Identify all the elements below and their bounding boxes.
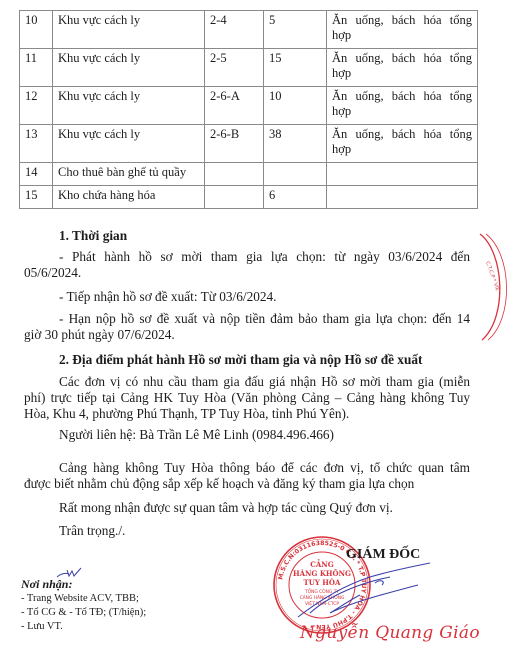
cell-code: 2-6-B [205,125,264,163]
recipient-item: - Tổ CG & - Tổ TĐ; (T/hiện); [21,606,146,620]
contact-person: Người liên hệ: Bà Trần Lê Mê Linh (0984.… [59,427,334,443]
cell-code: 2-6-A [205,87,264,125]
cell-code: 2-5 [205,49,264,87]
table-row: 12 Khu vực cách ly 2-6-A 10 Ăn uống, bác… [20,87,478,125]
cell-purpose [327,186,478,209]
cell-no: 13 [20,125,53,163]
purpose-line: Ăn uống, bách hóa tổng [332,127,472,142]
text-line: giờ 30 phút ngày 07/6/2024. [24,327,175,342]
table-row: 14 Cho thuê bàn ghế tủ quầy [20,163,478,186]
purpose-line: Ăn uống, bách hóa tổng [332,51,472,66]
cell-purpose: Ăn uống, bách hóa tổnghợp [327,87,478,125]
cell-no: 10 [20,11,53,49]
purpose-line: hợp [332,142,351,156]
cell-no: 15 [20,186,53,209]
receipt-text: - Tiếp nhận hồ sơ đề xuất: Từ 03/6/2024. [59,289,277,305]
cell-area [264,163,327,186]
text-line: Các đơn vị có nhu cầu tham gia đấu giá n… [24,374,470,390]
text-line: - Hạn nộp hồ sơ đề xuất và nộp tiền đảm … [24,311,470,327]
cell-area: 15 [264,49,327,87]
notice-paragraph: Cảng hàng không Tuy Hòa thông báo để các… [24,460,470,492]
cell-purpose: Ăn uống, bách hóa tổnghợp [327,125,478,163]
thanks-text: Rất mong nhận được sự quan tâm và hợp tá… [59,500,393,516]
cell-purpose [327,163,478,186]
purpose-line: Ăn uống, bách hóa tổng [332,13,472,28]
cell-location: Khu vực cách ly [53,49,205,87]
document-page: 10 Khu vực cách ly 2-4 5 Ăn uống, bách h… [0,0,509,657]
table-row: 10 Khu vực cách ly 2-4 5 Ăn uống, bách h… [20,11,478,49]
cell-code [205,186,264,209]
table-row: 11 Khu vực cách ly 2-5 15 Ăn uống, bách … [20,49,478,87]
section-heading-time: 1. Thời gian [59,228,127,244]
text-line: Hòa, Khu 4, phường Phú Thạnh, TP Tuy Hòa… [24,406,349,421]
handwritten-signature-icon [290,555,440,625]
text-line: phí) trực tiếp tại Cảng HK Tuy Hòa (Văn … [24,390,470,406]
recipient-item: - Trang Website ACV, TBB; [21,592,146,606]
rental-items-table: 10 Khu vực cách ly 2-4 5 Ăn uống, bách h… [19,10,478,209]
text-line: được biết nhằm chủ động sắp xếp kế hoạch… [24,476,414,491]
deadline-text: - Hạn nộp hồ sơ đề xuất và nộp tiền đảm … [24,311,470,343]
recipients-block: Nơi nhận: - Trang Website ACV, TBB; - Tổ… [21,577,146,634]
cell-code [205,163,264,186]
purpose-line: hợp [332,28,351,42]
cell-no: 11 [20,49,53,87]
recipient-item: - Lưu VT. [21,620,146,634]
location-paragraph: Các đơn vị có nhu cầu tham gia đấu giá n… [24,374,470,422]
recipients-title: Nơi nhận: [21,577,146,591]
cell-no: 12 [20,87,53,125]
cell-location: Khu vực cách ly [53,87,205,125]
purpose-line: hợp [332,66,351,80]
cell-area: 10 [264,87,327,125]
signer-name: Nguyễn Quang Giáo [300,623,480,643]
edge-seal-icon: C.T.C.P * VIỆ [476,232,509,342]
cell-location: Cho thuê bàn ghế tủ quầy [53,163,205,186]
table-row: 15 Kho chứa hàng hóa 6 [20,186,478,209]
cell-area: 38 [264,125,327,163]
cell-no: 14 [20,163,53,186]
cell-location: Khu vực cách ly [53,11,205,49]
cell-purpose: Ăn uống, bách hóa tổnghợp [327,11,478,49]
regards-text: Trân trọng./. [59,523,125,539]
text-line: 05/6/2024. [24,265,81,280]
issue-period-text: - Phát hành hồ sơ mời tham gia lựa chọn:… [24,249,470,281]
cell-area: 6 [264,186,327,209]
cell-location: Khu vực cách ly [53,125,205,163]
cell-code: 2-4 [205,11,264,49]
text-line: - Phát hành hồ sơ mời tham gia lựa chọn:… [24,249,470,265]
cell-area: 5 [264,11,327,49]
table-row: 13 Khu vực cách ly 2-6-B 38 Ăn uống, bác… [20,125,478,163]
purpose-line: hợp [332,104,351,118]
cell-location: Kho chứa hàng hóa [53,186,205,209]
cell-purpose: Ăn uống, bách hóa tổnghợp [327,49,478,87]
text-line: Cảng hàng không Tuy Hòa thông báo để các… [24,460,470,476]
purpose-line: Ăn uống, bách hóa tổng [332,89,472,104]
section-heading-location: 2. Địa điểm phát hành Hồ sơ mời tham gia… [59,352,422,368]
